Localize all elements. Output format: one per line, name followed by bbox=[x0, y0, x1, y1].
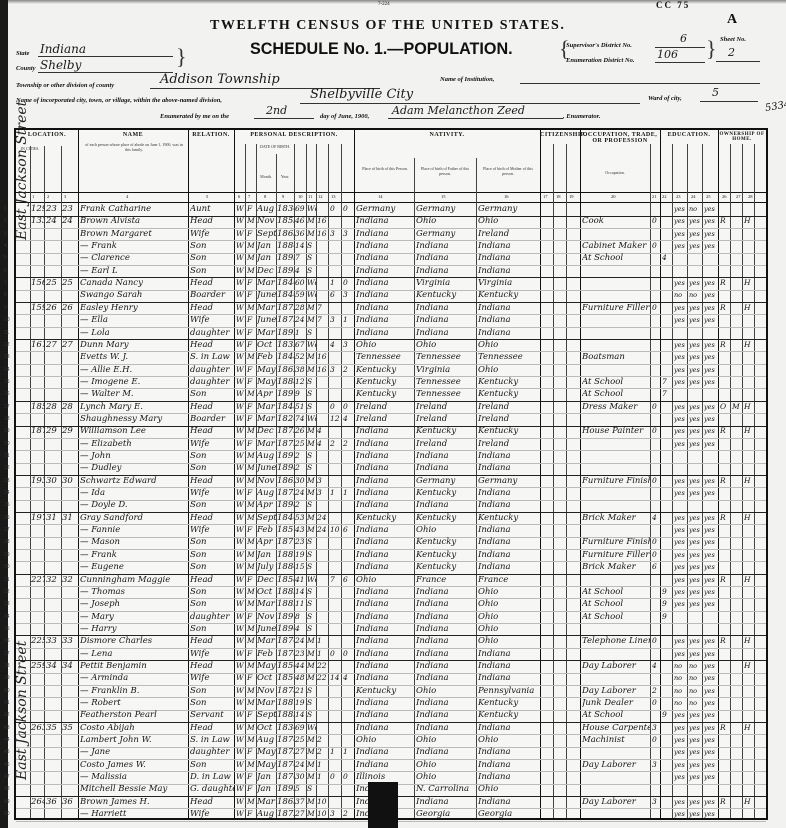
state-value: Indiana bbox=[40, 42, 86, 56]
cell-schedule bbox=[756, 351, 766, 364]
cell-living bbox=[343, 561, 354, 574]
cell-sex: M bbox=[247, 561, 256, 574]
cell-year: 1862 bbox=[277, 364, 294, 377]
cell-color: W bbox=[236, 388, 245, 401]
cell-living bbox=[343, 734, 354, 747]
cell-mortgage bbox=[732, 672, 742, 685]
cell-month: Mar bbox=[257, 598, 276, 611]
cell-months-unemp: 0 bbox=[652, 240, 660, 253]
cell-years-married: 3 bbox=[317, 475, 328, 488]
cell-birth: Indiana bbox=[356, 549, 414, 562]
cell-family: 26 bbox=[62, 302, 76, 315]
cell-children bbox=[330, 475, 341, 488]
cell-age: 27 bbox=[295, 808, 306, 821]
cell-family bbox=[62, 487, 76, 500]
cell-occupation: Furniture Filler bbox=[582, 302, 650, 315]
cell-mother: Ohio bbox=[478, 734, 540, 747]
cell-schedule bbox=[756, 228, 766, 241]
cell-mother: Pennsylvania bbox=[478, 685, 540, 698]
form-id: 7-224 bbox=[378, 2, 390, 7]
cell-age: 59 bbox=[295, 289, 306, 302]
cell-living bbox=[343, 425, 354, 438]
cell-father: Ohio bbox=[416, 685, 476, 698]
line-number: 47 bbox=[4, 774, 10, 780]
cell-year: 1891 bbox=[277, 611, 294, 624]
cell-relation: Son bbox=[190, 499, 234, 512]
cell-months-unemp bbox=[652, 771, 660, 784]
cell-year: 1826 bbox=[277, 413, 294, 426]
cell-family bbox=[62, 499, 76, 512]
cell-dwelling bbox=[46, 783, 60, 796]
column-number: 15 bbox=[441, 194, 446, 199]
cell-birth: Indiana bbox=[356, 302, 414, 315]
cell-english: yes bbox=[704, 203, 718, 216]
cell-birth: Indiana bbox=[356, 660, 414, 673]
column-number: 1 bbox=[32, 194, 34, 199]
cell-years-married bbox=[317, 783, 328, 796]
cell-father: Kentucky bbox=[416, 536, 476, 549]
cell-schedule bbox=[756, 413, 766, 426]
cell-mortgage bbox=[732, 759, 742, 772]
cell-farm bbox=[744, 549, 754, 562]
cell-occupation bbox=[582, 524, 650, 537]
cell-read bbox=[674, 783, 687, 796]
cell-years-married: 10 bbox=[317, 796, 328, 809]
cell-years-married: 4 bbox=[317, 425, 328, 438]
cell-name: — Ella bbox=[80, 314, 188, 327]
column-number: 22 bbox=[662, 194, 667, 199]
cell-relation: Son bbox=[190, 697, 234, 710]
cell-months-unemp bbox=[652, 623, 660, 636]
cell-mortgage bbox=[732, 598, 742, 611]
cell-living: 4 bbox=[343, 672, 354, 685]
cell-write: no bbox=[689, 660, 702, 673]
cell-month: Nov bbox=[257, 685, 276, 698]
cell-father: Indiana bbox=[416, 611, 476, 624]
cell-age: 8 bbox=[295, 611, 306, 624]
cell-sex: F bbox=[247, 314, 256, 327]
cell-read: yes bbox=[674, 438, 687, 451]
cell-father: Ohio bbox=[416, 524, 476, 537]
cell-occupation: Machinist bbox=[582, 734, 650, 747]
cell-owned bbox=[720, 351, 730, 364]
cell-house bbox=[31, 499, 45, 512]
cell-house bbox=[31, 709, 45, 722]
cell-read: no bbox=[674, 660, 687, 673]
line-number: 34 bbox=[4, 614, 10, 620]
cell-occupation bbox=[582, 462, 650, 475]
line-number: 15 bbox=[4, 379, 10, 385]
cell-mortgage bbox=[732, 265, 742, 278]
cell-living: 3 bbox=[343, 228, 354, 241]
cell-mother: Indiana bbox=[478, 462, 540, 475]
cell-farm bbox=[744, 240, 754, 253]
cell-father: France bbox=[416, 574, 476, 587]
cell-mortgage bbox=[732, 203, 742, 216]
cell-farm: H bbox=[744, 339, 754, 352]
cell-dwelling bbox=[46, 252, 60, 265]
line-number: 50 bbox=[4, 811, 10, 817]
archive-stamp: CC 75 bbox=[656, 0, 690, 10]
cell-month: Nov bbox=[257, 475, 276, 488]
cell-mother: Ohio bbox=[478, 586, 540, 599]
cell-sex: F bbox=[247, 574, 256, 587]
cell-year: 1858 bbox=[277, 574, 294, 587]
cell-read: no bbox=[674, 289, 687, 302]
cell-schedule bbox=[756, 376, 766, 389]
cell-dwelling bbox=[46, 536, 60, 549]
cell-english: yes bbox=[704, 561, 718, 574]
cell-farm bbox=[744, 536, 754, 549]
line-number: 28 bbox=[4, 539, 10, 545]
cell-years-married bbox=[317, 339, 328, 352]
cell-schedule bbox=[756, 536, 766, 549]
cell-mother: Ireland bbox=[478, 228, 540, 241]
cell-write bbox=[689, 783, 702, 796]
cell-house bbox=[31, 611, 45, 624]
cell-dwelling: 30 bbox=[46, 475, 60, 488]
cell-birth: Indiana bbox=[356, 635, 414, 648]
cell-living bbox=[343, 549, 354, 562]
cell-occupation: Furniture Finisher bbox=[582, 475, 650, 488]
header-relation: RELATION. bbox=[188, 132, 234, 138]
cell-name: Mitchell Bessie May bbox=[80, 783, 188, 796]
cell-mortgage bbox=[732, 314, 742, 327]
cell-color: W bbox=[236, 499, 245, 512]
cell-living bbox=[343, 611, 354, 624]
cell-write bbox=[689, 252, 702, 265]
cell-family bbox=[62, 685, 76, 698]
cell-relation: Wife bbox=[190, 524, 234, 537]
cell-father: N. Carrolina bbox=[416, 783, 476, 796]
cell-birth: Indiana bbox=[356, 327, 414, 340]
cell-months-unemp: 3 bbox=[652, 722, 660, 735]
line-number: 33 bbox=[4, 601, 10, 607]
cell-living bbox=[343, 722, 354, 735]
cell-house bbox=[31, 413, 45, 426]
cell-birth: Indiana bbox=[356, 648, 414, 661]
cell-relation: Head bbox=[190, 660, 234, 673]
cell-write: yes bbox=[689, 549, 702, 562]
cell-owned bbox=[720, 685, 730, 698]
cell-farm bbox=[744, 499, 754, 512]
cell-years-married bbox=[317, 388, 328, 401]
cell-read: yes bbox=[674, 549, 687, 562]
cell-schedule bbox=[756, 648, 766, 661]
cell-house bbox=[31, 376, 45, 389]
cell-mortgage bbox=[732, 648, 742, 661]
cell-month: Mar bbox=[257, 401, 276, 414]
cell-year: 1851 bbox=[277, 672, 294, 685]
cell-name: Shaughnessy Mary bbox=[80, 413, 188, 426]
cell-occupation bbox=[582, 438, 650, 451]
cell-sex: M bbox=[247, 549, 256, 562]
cell-owned bbox=[720, 376, 730, 389]
cell-mother: Indiana bbox=[478, 746, 540, 759]
cell-english: yes bbox=[704, 425, 718, 438]
cell-mortgage bbox=[732, 586, 742, 599]
cell-occupation bbox=[582, 413, 650, 426]
cell-father: Indiana bbox=[416, 709, 476, 722]
cell-months-unemp: 4 bbox=[652, 660, 660, 673]
cell-father: Indiana bbox=[416, 635, 476, 648]
cell-father: Ohio bbox=[416, 215, 476, 228]
cell-house: 156 bbox=[31, 277, 45, 290]
column-number: 14 bbox=[378, 194, 383, 199]
column-number: 12 bbox=[318, 194, 323, 199]
cell-school: 9 bbox=[662, 611, 672, 624]
cell-months-unemp bbox=[652, 339, 660, 352]
cell-month: Nov bbox=[257, 611, 276, 624]
cell-color: W bbox=[236, 265, 245, 278]
cell-living bbox=[343, 586, 354, 599]
cell-birth: Indiana bbox=[356, 499, 414, 512]
cell-color: W bbox=[236, 401, 245, 414]
cell-month: Dec bbox=[257, 574, 276, 587]
cell-sex: M bbox=[247, 759, 256, 772]
cell-read: yes bbox=[674, 277, 687, 290]
enumeration-line bbox=[655, 62, 705, 63]
cell-month: Oct bbox=[257, 672, 276, 685]
column-number: 26 bbox=[722, 194, 727, 199]
cell-mother: Indiana bbox=[478, 327, 540, 340]
cell-occupation bbox=[582, 783, 650, 796]
cell-birth: Indiana bbox=[356, 759, 414, 772]
cell-relation: Wife bbox=[190, 487, 234, 500]
cell-name: — Franklin B. bbox=[80, 685, 188, 698]
ward-value: 5 bbox=[712, 86, 719, 99]
cell-age: 30 bbox=[295, 771, 306, 784]
cell-school bbox=[662, 339, 672, 352]
cell-read bbox=[674, 265, 687, 278]
cell-dwelling bbox=[46, 462, 60, 475]
cell-name: Easley Henry bbox=[80, 302, 188, 315]
cell-house bbox=[31, 327, 45, 340]
cell-english bbox=[704, 611, 718, 624]
cell-house bbox=[31, 252, 45, 265]
cell-mortgage bbox=[732, 425, 742, 438]
cell-occupation bbox=[582, 746, 650, 759]
cell-father: Indiana bbox=[416, 462, 476, 475]
cell-children bbox=[330, 499, 341, 512]
cell-father: Kentucky bbox=[416, 512, 476, 525]
cell-children bbox=[330, 351, 341, 364]
cell-house bbox=[31, 549, 45, 562]
cell-years-married bbox=[317, 401, 328, 414]
cell-school bbox=[662, 574, 672, 587]
cell-years-married bbox=[317, 413, 328, 426]
cell-years-married: 1 bbox=[317, 635, 328, 648]
cell-marital: M bbox=[307, 796, 316, 809]
cell-family: 36 bbox=[62, 796, 76, 809]
cell-mortgage bbox=[732, 364, 742, 377]
cell-relation: Son bbox=[190, 240, 234, 253]
cell-school bbox=[662, 734, 672, 747]
cell-relation: Head bbox=[190, 339, 234, 352]
cell-dwelling bbox=[46, 709, 60, 722]
cell-schedule bbox=[756, 388, 766, 401]
cell-mortgage bbox=[732, 536, 742, 549]
cell-years-married: 16 bbox=[317, 364, 328, 377]
cell-color: W bbox=[236, 746, 245, 759]
cell-house: 161 bbox=[31, 339, 45, 352]
cell-english: yes bbox=[704, 512, 718, 525]
cell-read: yes bbox=[674, 302, 687, 315]
cell-mother: Kentucky bbox=[478, 388, 540, 401]
cell-owned bbox=[720, 734, 730, 747]
cell-sex: F bbox=[247, 524, 256, 537]
cell-sex: M bbox=[247, 734, 256, 747]
cell-mother: Indiana bbox=[478, 648, 540, 661]
cell-school bbox=[662, 228, 672, 241]
supervisor-value: 6 bbox=[680, 32, 687, 45]
cell-month: Oct bbox=[257, 722, 276, 735]
enumerator-name: Adam Melancthon Zeed bbox=[392, 104, 525, 117]
cell-age: 12 bbox=[295, 376, 306, 389]
cell-house bbox=[31, 450, 45, 463]
cell-school bbox=[662, 438, 672, 451]
cell-english: yes bbox=[704, 771, 718, 784]
cell-children bbox=[330, 549, 341, 562]
cell-house: 264 bbox=[31, 796, 45, 809]
cell-farm: H bbox=[744, 475, 754, 488]
cell-year: 1891 bbox=[277, 388, 294, 401]
cell-farm bbox=[744, 623, 754, 636]
cell-owned bbox=[720, 549, 730, 562]
cell-age: 15 bbox=[295, 561, 306, 574]
cell-write: yes bbox=[689, 413, 702, 426]
cell-relation: Son bbox=[190, 265, 234, 278]
cell-english: yes bbox=[704, 734, 718, 747]
cell-father: Tennessee bbox=[416, 388, 476, 401]
cell-relation: Aunt bbox=[190, 203, 234, 216]
cell-occupation: Day Laborer bbox=[582, 796, 650, 809]
cell-months-unemp: 0 bbox=[652, 549, 660, 562]
cell-farm bbox=[744, 759, 754, 772]
cell-color: W bbox=[236, 462, 245, 475]
cell-children bbox=[330, 450, 341, 463]
cell-house bbox=[31, 598, 45, 611]
cell-owned bbox=[720, 783, 730, 796]
cell-write: yes bbox=[689, 487, 702, 500]
line-number: 43 bbox=[4, 725, 10, 731]
cell-mortgage bbox=[732, 388, 742, 401]
cell-years-married bbox=[317, 574, 328, 587]
cell-marital: M bbox=[307, 364, 316, 377]
cell-dwelling: 33 bbox=[46, 635, 60, 648]
cell-english bbox=[704, 623, 718, 636]
cell-month: Dec bbox=[257, 265, 276, 278]
cell-years-married bbox=[317, 611, 328, 624]
cell-sex: F bbox=[247, 672, 256, 685]
cell-marital: M bbox=[307, 759, 316, 772]
header-education: EDUCATION. bbox=[660, 132, 718, 138]
cell-birth: Indiana bbox=[356, 611, 414, 624]
cell-owned bbox=[720, 487, 730, 500]
cell-schedule bbox=[756, 327, 766, 340]
cell-occupation: Brick Maker bbox=[582, 512, 650, 525]
cell-house bbox=[31, 228, 45, 241]
column-number: 3 bbox=[64, 194, 66, 199]
cell-age: 25 bbox=[295, 734, 306, 747]
ward-line bbox=[700, 101, 758, 102]
cell-name: Brown Margaret bbox=[80, 228, 188, 241]
cell-relation: daughter bbox=[190, 327, 234, 340]
cell-birth: Indiana bbox=[356, 314, 414, 327]
cell-month: Aug bbox=[257, 487, 276, 500]
cell-house bbox=[31, 289, 45, 302]
cell-owned: R bbox=[720, 635, 730, 648]
table-header: LOCATION. IN CITIES. NAME of each person… bbox=[16, 130, 766, 193]
cell-owned bbox=[720, 524, 730, 537]
cell-months-unemp bbox=[652, 672, 660, 685]
cell-year: 1840 bbox=[277, 277, 294, 290]
cell-mother: Indiana bbox=[478, 240, 540, 253]
cell-dwelling: 35 bbox=[46, 722, 60, 735]
cell-mother: Indiana bbox=[478, 499, 540, 512]
cell-children bbox=[330, 685, 341, 698]
cell-schedule bbox=[756, 524, 766, 537]
cell-dwelling bbox=[46, 289, 60, 302]
line-number: 42 bbox=[4, 712, 10, 718]
line-number: 4 bbox=[4, 243, 7, 249]
cell-father: Indiana bbox=[416, 697, 476, 710]
cell-farm bbox=[744, 351, 754, 364]
cell-occupation bbox=[582, 314, 650, 327]
cell-color: W bbox=[236, 289, 245, 302]
cell-read: yes bbox=[674, 376, 687, 389]
column-number: 27 bbox=[736, 194, 741, 199]
cell-months-unemp: 4 bbox=[652, 512, 660, 525]
cell-marital: M bbox=[307, 771, 316, 784]
cell-read: yes bbox=[674, 771, 687, 784]
cell-occupation: At School bbox=[582, 709, 650, 722]
cell-mortgage bbox=[732, 697, 742, 710]
cell-read: yes bbox=[674, 228, 687, 241]
cell-dwelling bbox=[46, 487, 60, 500]
cell-family bbox=[62, 746, 76, 759]
cell-read: yes bbox=[674, 524, 687, 537]
cell-children bbox=[330, 561, 341, 574]
cell-marital: S bbox=[307, 697, 316, 710]
cell-english bbox=[704, 462, 718, 475]
cell-dwelling bbox=[46, 499, 60, 512]
cell-children: 0 bbox=[330, 771, 341, 784]
cell-color: W bbox=[236, 611, 245, 624]
cell-name: — Harry bbox=[80, 623, 188, 636]
line-number: 37 bbox=[4, 651, 10, 657]
cell-read: yes bbox=[674, 215, 687, 228]
cell-write: yes bbox=[689, 475, 702, 488]
cell-birth: Ohio bbox=[356, 734, 414, 747]
cell-owned bbox=[720, 648, 730, 661]
cell-children: 0 bbox=[330, 648, 341, 661]
cell-write: yes bbox=[689, 734, 702, 747]
cell-children: 1 bbox=[330, 277, 341, 290]
cell-relation: daughter bbox=[190, 611, 234, 624]
cell-farm bbox=[744, 808, 754, 821]
cell-mortgage bbox=[732, 660, 742, 673]
cell-mother: Germany bbox=[478, 203, 540, 216]
cell-school bbox=[662, 289, 672, 302]
cell-owned bbox=[720, 364, 730, 377]
cell-owned bbox=[720, 289, 730, 302]
cell-schedule bbox=[756, 475, 766, 488]
cell-year: 1876 bbox=[277, 648, 294, 661]
cell-months-unemp bbox=[652, 450, 660, 463]
cell-school bbox=[662, 697, 672, 710]
cell-school bbox=[662, 314, 672, 327]
